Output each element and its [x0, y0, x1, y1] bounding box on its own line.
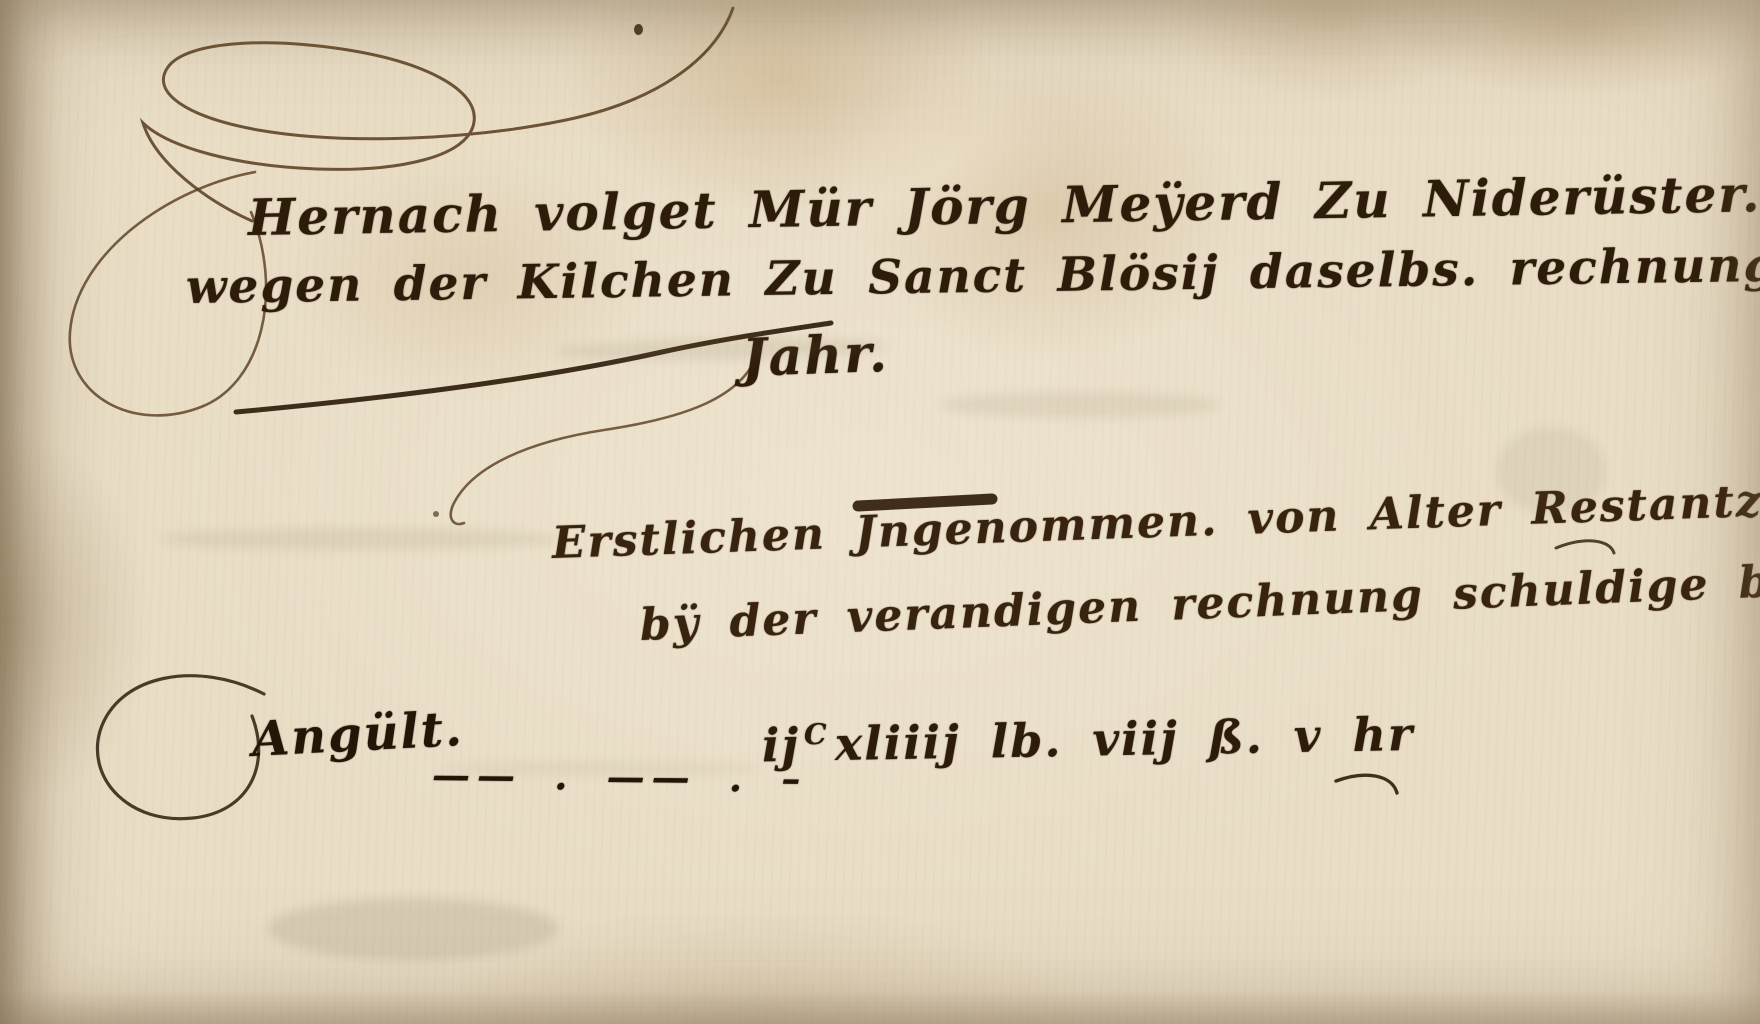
heading-line-3: Jahr. — [741, 323, 890, 389]
angult-loop-icon — [97, 676, 264, 819]
entry-leader-dashes: —— . —— . – — [432, 752, 808, 801]
entry-amount: ijCxliiij lb. viij ß. v hr — [762, 707, 1415, 773]
amount-tail-flourish-icon — [1336, 775, 1397, 793]
paper-background: Hernach volget Mür Jörg Meÿerd Zu Niderü… — [0, 0, 1760, 1024]
amount-units: ij — [762, 718, 801, 773]
amount-hundred-mark: C — [804, 717, 829, 751]
manuscript-photo: Hernach volget Mür Jörg Meÿerd Zu Niderü… — [0, 0, 1760, 1024]
ich-tail-flourish-icon — [1556, 541, 1614, 553]
ink-speck — [634, 24, 643, 35]
amount-rest: xliiij lb. viij ß. v hr — [834, 707, 1414, 771]
ink-speck — [433, 511, 439, 517]
